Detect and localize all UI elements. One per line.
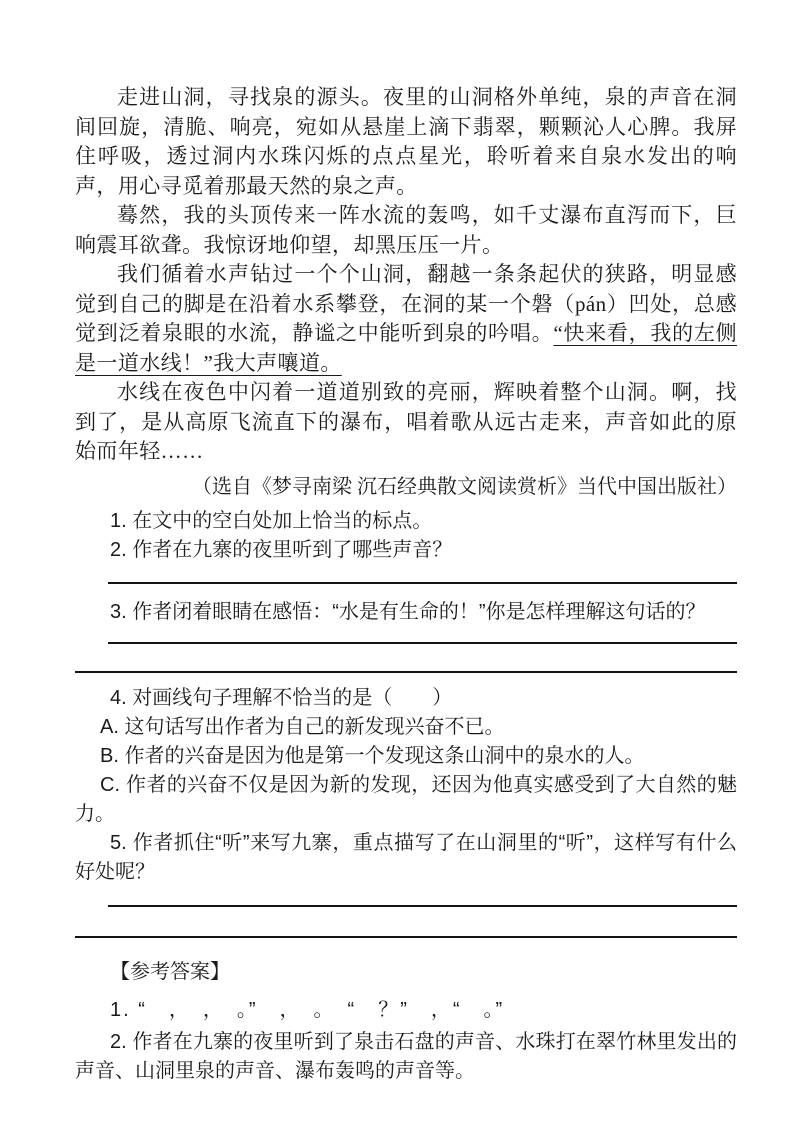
worksheet-content: 走进山洞，寻找泉的源头。夜里的山洞格外单纯，泉的声音在洞间回旋，清脆、响亮，宛如… [75, 83, 737, 1086]
reading-passage: 走进山洞，寻找泉的源头。夜里的山洞格外单纯，泉的声音在洞间回旋，清脆、响亮，宛如… [75, 83, 737, 467]
passage-paragraph-2: 蓦然，我的头顶传来一阵水流的轰鸣，如千丈瀑布直泻而下，巨响震耳欲聋。我惊讶地仰望… [75, 201, 737, 260]
question-5: 5. 作者抓住“听”来写九寨，重点描写了在山洞里的“听”，这样写有什么好处呢？ [75, 829, 737, 887]
answer-blank-line-5 [75, 936, 737, 938]
answer-blank-line-4 [108, 905, 737, 907]
reference-answer-2: 2. 作者在九寨的夜里听到了泉击石盘的声音、水珠打在翠竹林里发出的声音、山洞里泉… [75, 1028, 737, 1086]
question-1: 1. 在文中的空白处加上恰当的标点。 [75, 507, 737, 536]
question-4-option-c: C. 作者的兴奋不仅是因为新的发现，还因为他真实感受到了大自然的魅力。 [75, 771, 737, 829]
answer-blank-line-3 [75, 671, 737, 673]
question-4: 4. 对画线句子理解不恰当的是（ ） [75, 684, 737, 713]
reference-answers-section: 【参考答案】 1. “ ， ， 。” ， 。 “ ？” ，“ 。” 2. 作者在… [75, 958, 737, 1086]
passage-paragraph-4: 水线在夜色中闪着一道道别致的亮丽，辉映着整个山洞。啊，找到了，是从高原飞流直下的… [75, 378, 737, 467]
question-4-option-b: B. 作者的兴奋是因为他是第一个发现这条山洞中的泉水的人。 [75, 742, 737, 771]
question-2: 2. 作者在九寨的夜里听到了哪些声音？ [75, 536, 737, 565]
reference-answers-header: 【参考答案】 [75, 958, 737, 987]
answer-blank-line-1 [108, 582, 737, 584]
reference-answer-1: 1. “ ， ， 。” ， 。 “ ？” ，“ 。” [75, 996, 737, 1025]
worksheet-page: 走进山洞，寻找泉的源头。夜里的山洞格外单纯，泉的声音在洞间回旋，清脆、响亮，宛如… [0, 0, 793, 1122]
questions-section: 1. 在文中的空白处加上恰当的标点。 2. 作者在九寨的夜里听到了哪些声音？ 3… [75, 507, 737, 938]
answer-blank-line-2 [108, 642, 737, 644]
passage-paragraph-3: 我们循着水声钻过一个个山洞，翻越一条条起伏的狭路，明显感觉到自己的脚是在沿着水系… [75, 260, 737, 378]
question-3: 3. 作者闭着眼睛在感悟：“水是有生命的！”你是怎样理解这句话的？ [75, 598, 737, 627]
source-attribution: （选自《梦寻南梁 沉石经典散文阅读赏析》当代中国出版社） [75, 473, 737, 503]
passage-paragraph-1: 走进山洞，寻找泉的源头。夜里的山洞格外单纯，泉的声音在洞间回旋，清脆、响亮，宛如… [75, 83, 737, 201]
question-4-option-a: A. 这句话写出作者为自己的新发现兴奋不已。 [75, 713, 737, 742]
